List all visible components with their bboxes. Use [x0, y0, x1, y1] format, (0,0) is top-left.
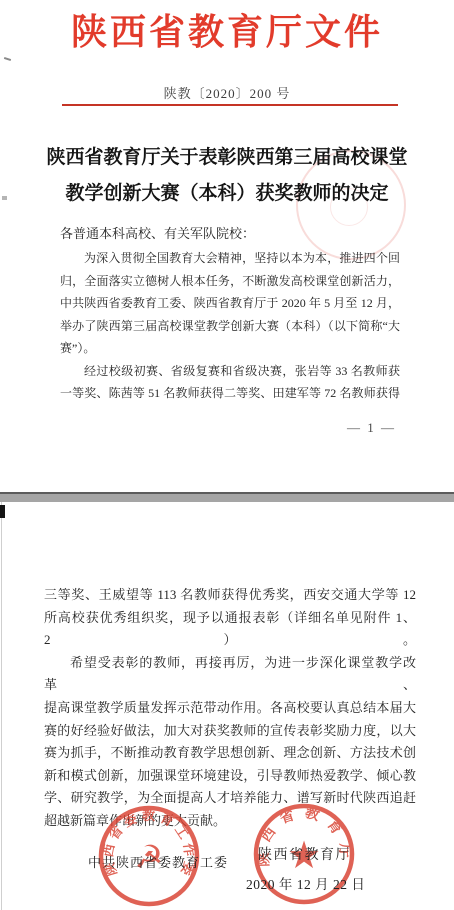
body-line: 提高课堂教学质量发挥示范带动作用。各高校要认真总结本届大 — [44, 697, 416, 720]
page-1: 陕西省教育厅文件 陕教〔2020〕200 号 陕西省教育厅关于表彰陕西第三届高校… — [0, 0, 454, 494]
document-title-line-2: 教学创新大赛（本科）获奖教师的决定 — [65, 183, 388, 204]
signature-date: 2020 年 12 月 22 日 — [246, 873, 365, 893]
body-line: 赛”）。 — [60, 337, 400, 360]
body-line: 中共陕西省委教育工委、陕西省教育厅于 2020 年 5 月至 12 月， — [60, 292, 400, 315]
body-line: 一等奖、陈茜等 51 名教师获得二等奖、田建军等 72 名教师获得 — [60, 382, 400, 405]
document-title-line-1: 陕西省教育厅关于表彰陕西第三届高校课堂 — [46, 147, 407, 168]
page-edge-line — [1, 502, 2, 910]
body-line: 所高校获优秀组织奖，现予以通报表彰（详细名单见附件 1、2）。 — [44, 607, 416, 652]
page-divider — [0, 492, 454, 502]
page-2: 三等奖、王威望等 113 名教师获得优秀奖，西安交通大学等 12 所高校获优秀组… — [0, 502, 454, 910]
document-title: 陕西省教育厅关于表彰陕西第三届高校课堂 教学创新大赛（本科）获奖教师的决定 — [28, 140, 426, 212]
document-number: 陕教〔2020〕200 号 — [0, 83, 454, 102]
salutation: 各普通本科高校、有关军队院校： — [60, 223, 255, 242]
signer-right-org: 陕西省教育厅 — [258, 844, 351, 864]
scan-speck — [2, 196, 7, 200]
page-number: — 1 — — [347, 420, 396, 436]
body-line: 三等奖、王威望等 113 名教师获得优秀奖，西安交通大学等 12 — [44, 584, 416, 607]
body-line: 新和模式创新，加强课堂环境建设，引导教师热爱教学、倾心教 — [44, 765, 416, 788]
body-line: 经过校级初赛、省级复赛和省级决赛，张岩等 33 名教师获 — [60, 360, 400, 383]
body-line: 赛的好经验好做法，加大对获奖教师的宣传表彰奖励力度，以大 — [44, 720, 416, 743]
body-line: 赛为抓手，不断推动教育教学思想创新、理念创新、方法技术创 — [44, 742, 416, 765]
scanned-document: 陕西省教育厅文件 陕教〔2020〕200 号 陕西省教育厅关于表彰陕西第三届高校… — [0, 0, 454, 910]
body-line: 为深入贯彻全国教育大会精神，坚持以本为本，推进四个回 — [60, 247, 400, 270]
red-divider-rule — [62, 104, 398, 106]
body-line: 举办了陕西第三届高校课堂教学创新大赛（本科）（以下简称“大 — [60, 315, 400, 338]
page-corner-mark — [0, 505, 5, 518]
signer-left-org: 中共陕西省委教育工委 — [88, 852, 228, 871]
letterhead-title: 陕西省教育厅文件 — [0, 4, 454, 55]
page-1-body: 为深入贯彻全国教育大会精神，坚持以本为本，推进四个回 归，全面落实立德树人根本任… — [60, 247, 400, 405]
body-line: 希望受表彰的教师，再接再厉，为进一步深化课堂教学改革、 — [44, 652, 416, 697]
page-2-body: 三等奖、王威望等 113 名教师获得优秀奖，西安交通大学等 12 所高校获优秀组… — [44, 584, 416, 833]
body-line: 归，全面落实立德树人根本任务，不断激发高校课堂创新活力， — [60, 270, 400, 293]
scan-speck — [4, 57, 11, 61]
